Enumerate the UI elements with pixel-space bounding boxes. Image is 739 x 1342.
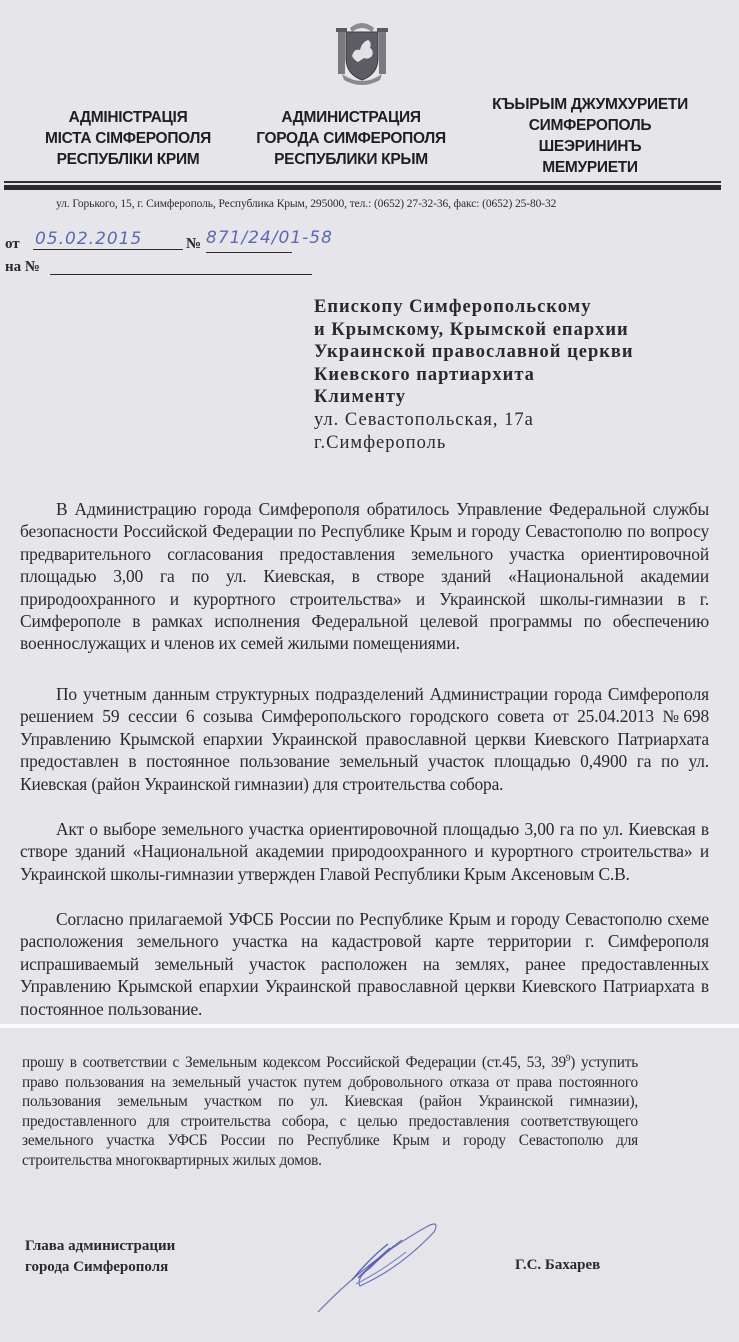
body-paragraph: Акт о выборе земельного участка ориентир… <box>20 818 709 885</box>
signatory-title-line: Глава администрации <box>25 1236 175 1257</box>
signatory-name: Г.С. Бахарев <box>515 1257 600 1274</box>
body-paragraph: В Администрацию города Симферополя обрат… <box>20 498 709 655</box>
letterhead-line: ШЕЭРИНИНЪ <box>470 136 710 157</box>
addressee-city: г.Симферополь <box>314 432 634 455</box>
letterhead-line: МІСТА СІМФЕРОПОЛЯ <box>28 128 228 149</box>
handwritten-signature-icon <box>310 1218 460 1318</box>
paragraph-text: По учетным данным структурных подразделе… <box>20 683 709 795</box>
body-paragraph: По учетным данным структурных подразделе… <box>20 683 709 795</box>
registration-date: 05.02.2015 <box>33 229 183 250</box>
signatory-title-line: города Симферополя <box>25 1257 175 1278</box>
request-paragraph: прошу в соответствии с Земельным кодексо… <box>22 1053 638 1170</box>
addressee-line: Клименту <box>314 386 634 409</box>
letterhead-ukrainian: АДМІНІСТРАЦІЯ МІСТА СІМФЕРОПОЛЯ РЕСПУБЛІ… <box>28 107 228 170</box>
letterhead-line: РЕСПУБЛІКИ КРИМ <box>28 149 228 170</box>
registration-number: 871/24/01-58 <box>206 228 333 248</box>
registration-reply-field <box>50 274 312 275</box>
addressee-block: Епископу Симферопольскому и Крымскому, К… <box>314 296 634 454</box>
letterhead-crimean-tatar: КЪЫРЫМ ДЖУМХУРИЕТИ СИМФЕРОПОЛЬ ШЕЭРИНИНЪ… <box>470 94 710 178</box>
paragraph-text: Акт о выборе земельного участка ориентир… <box>20 818 709 885</box>
letterhead-line: СИМФЕРОПОЛЬ <box>470 115 710 136</box>
letterhead-rule-thin <box>4 181 721 183</box>
crimea-coat-of-arms-icon <box>334 18 390 88</box>
letterhead-line: АДМИНИСТРАЦИЯ <box>240 107 462 128</box>
addressee-line: Епископу Симферопольскому <box>314 296 634 319</box>
letterhead-line: МЕМУРИЕТИ <box>470 157 710 178</box>
request-text: ) уступить право пользования на земельны… <box>22 1054 638 1169</box>
letterhead-address: ул. Горького, 15, г. Симферополь, Респуб… <box>56 198 696 210</box>
letterhead-russian: АДМИНИСТРАЦИЯ ГОРОДА СИМФЕРОПОЛЯ РЕСПУБЛ… <box>240 107 462 170</box>
registration-number-underline <box>206 252 292 253</box>
letterhead-line: РЕСПУБЛИКИ КРЫМ <box>240 149 462 170</box>
letterhead-line: КЪЫРЫМ ДЖУМХУРИЕТИ <box>470 94 710 115</box>
signatory-title: Глава администрации города Симферополя <box>25 1236 175 1278</box>
registration-from-label: от <box>5 236 20 253</box>
addressee-street: ул. Севастопольская, 17а <box>314 409 634 432</box>
letterhead-line: ГОРОДА СИМФЕРОПОЛЯ <box>240 128 462 149</box>
addressee-line: Киевского партиархита <box>314 364 634 387</box>
paragraph-text: В Администрацию города Симферополя обрат… <box>20 498 709 655</box>
registration-reply-label: на № <box>5 259 40 276</box>
letterhead-rule-thick <box>4 185 721 190</box>
body-paragraph: Согласно прилагаемой УФСБ России по Респ… <box>20 908 709 1020</box>
addressee-line: Украинской православной церкви <box>314 341 634 364</box>
registration-number-label: № <box>186 236 201 253</box>
addressee-line: и Крымскому, Крымской епархии <box>314 319 634 342</box>
paragraph-text: Согласно прилагаемой УФСБ России по Респ… <box>20 908 709 1020</box>
request-text: прошу в соответствии с Земельным кодексо… <box>22 1054 566 1071</box>
letterhead-line: АДМІНІСТРАЦІЯ <box>28 107 228 128</box>
